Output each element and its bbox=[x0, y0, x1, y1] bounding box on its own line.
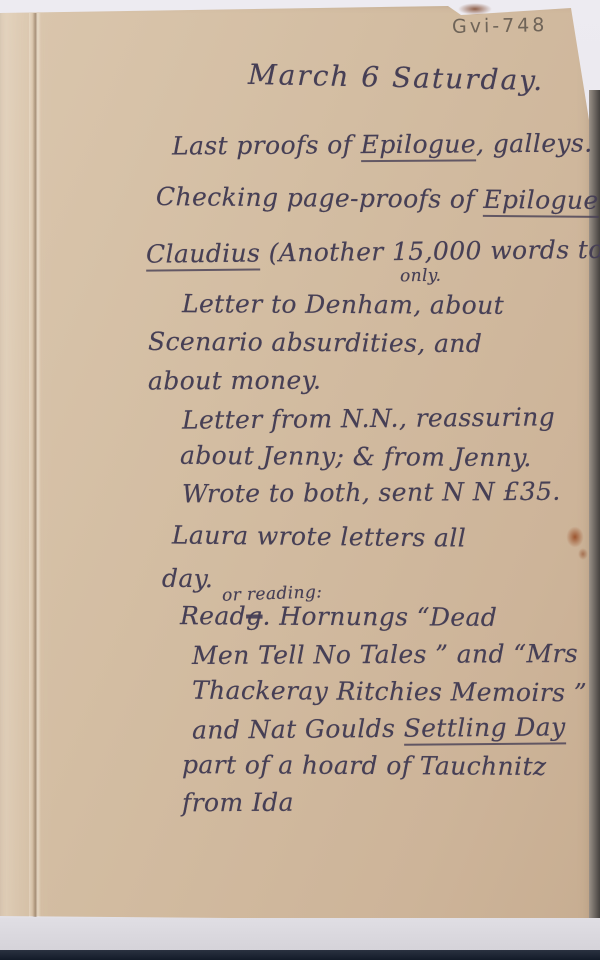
diary-line: Scenario absurdities, and bbox=[148, 327, 482, 358]
diary-line: part of a hoard of Tauchnitz bbox=[182, 750, 547, 781]
text-segment: day. bbox=[162, 564, 214, 593]
edge-stain-top bbox=[458, 3, 492, 15]
underlined-title: Epilogue bbox=[483, 185, 599, 218]
diary-line: Letter to Denham, about bbox=[182, 289, 504, 320]
catalog-mark: Gvi-748 bbox=[452, 14, 548, 38]
text-segment: Letter to Denham, about bbox=[182, 289, 504, 320]
edge-stain-right bbox=[566, 526, 584, 548]
text-segment: and Nat Goulds bbox=[192, 714, 404, 745]
diary-line: about Jenny; & from Jenny. bbox=[180, 441, 532, 472]
text-segment: part of a hoard of Tauchnitz bbox=[182, 750, 547, 781]
text-segment: about money. bbox=[148, 366, 321, 396]
diary-line: Men Tell No Tales ” and “Mrs bbox=[192, 639, 578, 670]
diary-line: Checking page-proofs of Epilogue. bbox=[156, 182, 600, 215]
text-segment: Men Tell No Tales ” and “Mrs bbox=[192, 639, 578, 670]
scribbled-text: g bbox=[246, 602, 263, 631]
text-segment: , galleys. bbox=[476, 129, 593, 159]
diary-line: about money. bbox=[148, 366, 321, 396]
text-segment: Wrote to both, sent N N £35. bbox=[182, 477, 561, 509]
diary-line: Last proofs of Epilogue, galleys. bbox=[172, 129, 593, 161]
text-segment: from Ida bbox=[182, 788, 294, 818]
text-segment: Last proofs of bbox=[172, 130, 361, 160]
text-segment: Letter from N.N., reassuring bbox=[182, 402, 555, 434]
text-segment: Laura wrote letters all bbox=[172, 520, 466, 552]
diary-line: Readg. Hornungs “Dead bbox=[180, 601, 497, 632]
fold-crease bbox=[29, 13, 41, 917]
edge-stain-right-small bbox=[578, 548, 588, 560]
text-segment: about Jenny; & from Jenny. bbox=[180, 441, 532, 472]
underlined-title: Claudius bbox=[146, 238, 261, 271]
scan-edge-bar bbox=[0, 950, 600, 960]
text-segment: Read bbox=[180, 601, 246, 630]
diary-line: and Nat Goulds Settling Day bbox=[192, 712, 566, 744]
text-segment: Checking page-proofs of bbox=[156, 182, 484, 214]
text-segment: (Another 15,000 words todo,) bbox=[260, 234, 600, 267]
diary-line: day. bbox=[162, 564, 214, 593]
entry-heading: March 6 Saturday. bbox=[248, 58, 545, 97]
diary-line: Wrote to both, sent N N £35. bbox=[182, 477, 561, 509]
underlined-title: Settling Day bbox=[404, 712, 566, 745]
diary-line: from Ida bbox=[182, 788, 294, 818]
diary-line: Laura wrote letters all bbox=[172, 520, 466, 552]
diary-line: Thackeray Ritchies Memoirs ” bbox=[192, 676, 587, 708]
diary-line: Letter from N.N., reassuring bbox=[182, 402, 555, 434]
underlined-title: Epilogue bbox=[361, 129, 477, 162]
text-segment: Thackeray Ritchies Memoirs ” bbox=[192, 676, 587, 708]
text-segment: Scenario absurdities, and bbox=[148, 327, 482, 358]
interline-note: only. bbox=[400, 266, 442, 287]
text-segment: . Hornungs “Dead bbox=[262, 602, 497, 632]
diary-line: Claudius (Another 15,000 words todo,) bbox=[146, 234, 600, 268]
